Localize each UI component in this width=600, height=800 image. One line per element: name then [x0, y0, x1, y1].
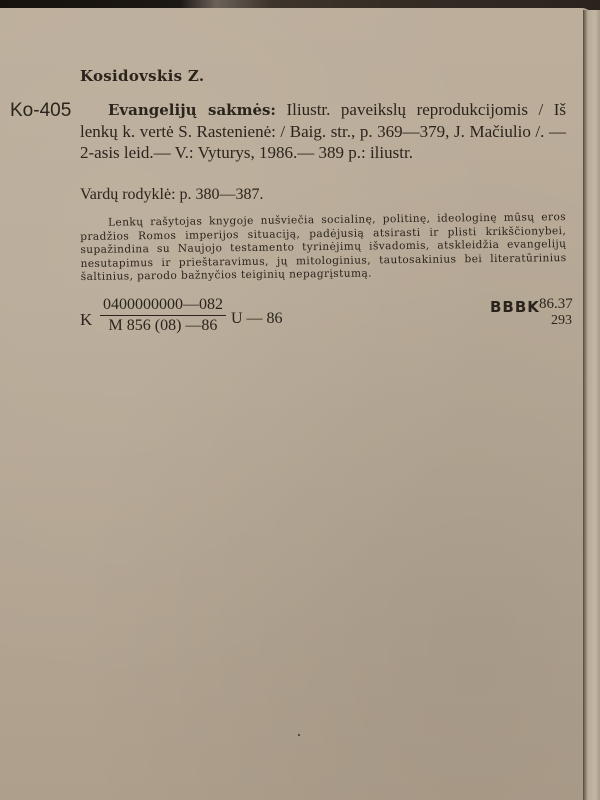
annotation: Lenkų rašytojas knygoje nušviečia social… — [80, 211, 567, 285]
fraction-bar — [100, 315, 226, 316]
author-name: Kosidovskis Z. — [80, 67, 204, 85]
page-edge — [583, 10, 600, 800]
k-fraction: 0400000000—082 M 856 (08) —86 — [100, 296, 226, 335]
book-title: Evangelijų sakmės: — [80, 101, 276, 119]
bbk-label: BBBK — [490, 298, 540, 316]
shelf-mark: Ko-405 — [10, 100, 71, 122]
k-numerator: 0400000000—082 — [100, 296, 226, 314]
bbk-code: 86.37 — [539, 296, 573, 313]
k-denominator: M 856 (08) —86 — [100, 317, 226, 335]
k-suffix: U — 86 — [231, 310, 283, 328]
k-prefix: K — [80, 310, 92, 330]
paper-speck — [298, 734, 300, 736]
index-note: Vardų rodyklė: p. 380—387. — [80, 186, 264, 204]
bibliographic-entry: Evangelijų sakmės: Iliustr. paveikslų re… — [80, 99, 566, 163]
bbk-sub-code: 293 — [551, 313, 572, 329]
